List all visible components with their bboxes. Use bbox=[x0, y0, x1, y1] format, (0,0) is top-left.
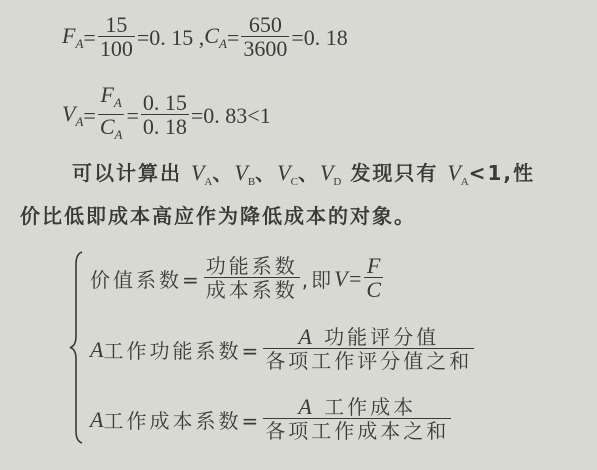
va-symbol: VA bbox=[62, 101, 83, 130]
fa-symbol: FA bbox=[62, 23, 83, 52]
ca-fraction: 650 3600 bbox=[241, 14, 289, 61]
definition-cost-coefficient: A 工作成本系数= A 工作成本 各项工作成本之和 bbox=[90, 396, 453, 443]
fa-fraction: 15 100 bbox=[98, 14, 135, 61]
va-fraction-symbolic: FA CA bbox=[98, 84, 125, 147]
cost-fraction: A 工作成本 各项工作成本之和 bbox=[263, 396, 451, 443]
va-fraction-numeric: 0. 15 0. 18 bbox=[141, 92, 189, 139]
paragraph-line-2: 价比低即成本高应作为降低成本的对象。 bbox=[20, 200, 416, 229]
formula-fa-ca: FA = 15 100 =0. 15 , CA = 650 3600 =0. 1… bbox=[62, 14, 348, 61]
fa-result: =0. 15 , bbox=[137, 25, 204, 51]
definition-function-coefficient: A 工作功能系数= A 功能评分值 各项工作评分值之和 bbox=[90, 326, 476, 373]
ca-result: =0. 18 bbox=[291, 25, 347, 51]
value-fraction: 功能系数 成本系数 bbox=[204, 255, 300, 302]
va-result: =0. 83<1 bbox=[191, 103, 271, 129]
definition-value-coefficient: 价值系数= 功能系数 成本系数 ,即 V= F C bbox=[90, 255, 385, 302]
ca-symbol: CA bbox=[204, 23, 227, 52]
function-fraction: A 功能评分值 各项工作评分值之和 bbox=[263, 326, 474, 373]
paragraph-line-1: 可以计算出 VA、VB、VC、VD 发现只有 VA<1,性 bbox=[72, 157, 535, 188]
left-brace-icon bbox=[68, 250, 84, 445]
fc-fraction: F C bbox=[364, 255, 383, 302]
formula-va: VA = FA CA = 0. 15 0. 18 =0. 83<1 bbox=[62, 84, 271, 147]
